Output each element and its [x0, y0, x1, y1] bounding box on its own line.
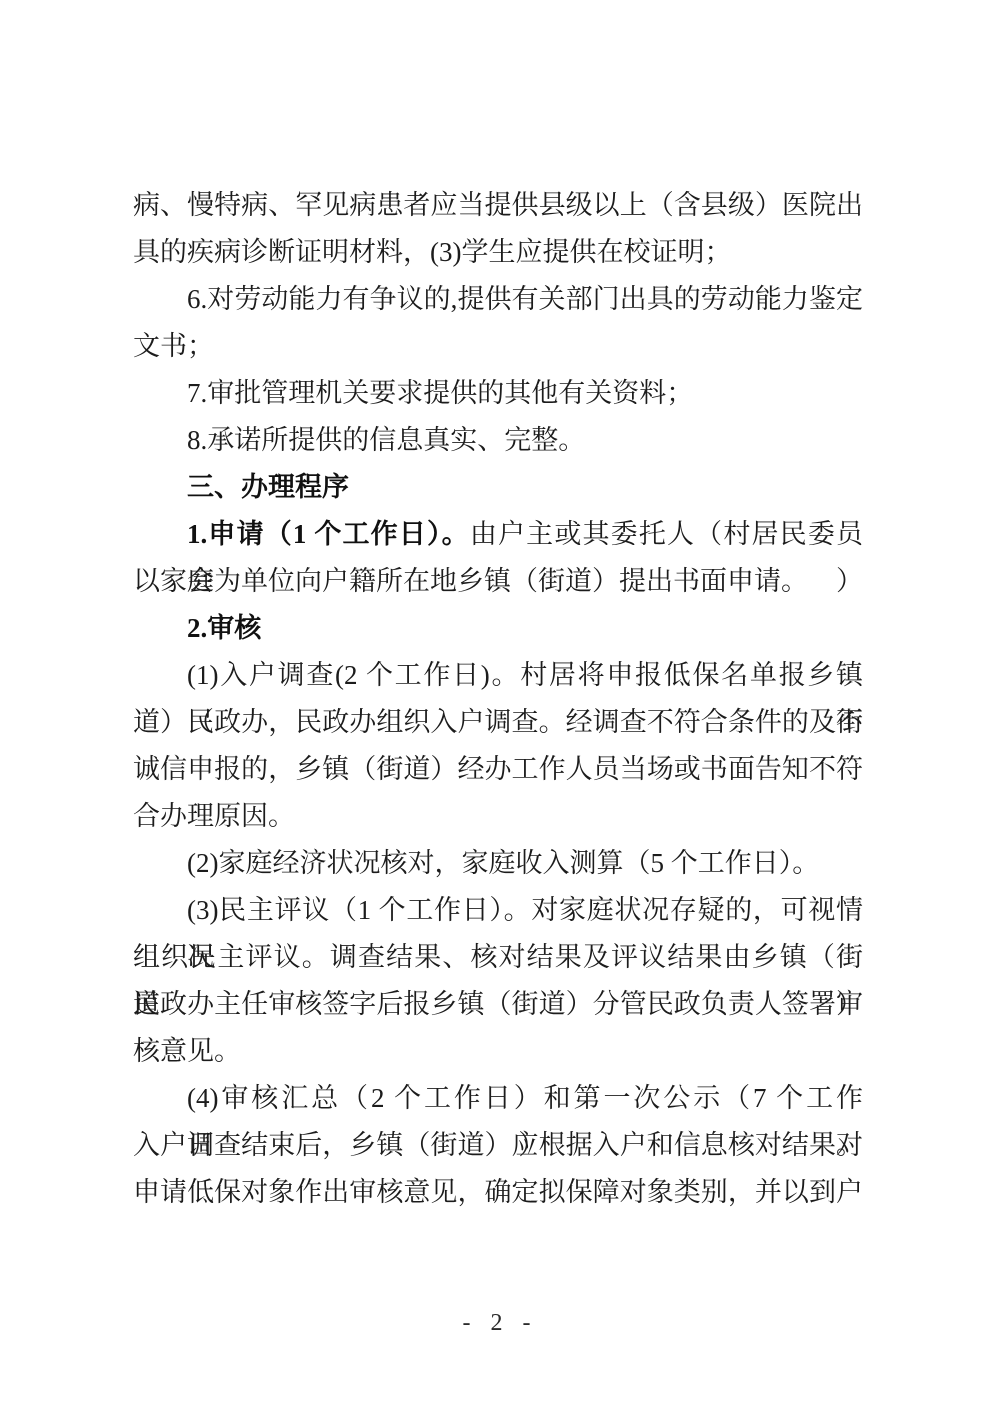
text-line: (2)家庭经济状况核对，家庭收入测算（5 个工作日）。: [133, 840, 863, 887]
text-line: 6.对劳动能力有争议的,提供有关部门出具的劳动能力鉴定: [133, 276, 863, 323]
text-line: 2.审核: [133, 605, 863, 652]
body-text-segment: 以家庭为单位向户籍所在地乡镇（街道）提出书面申请。: [133, 566, 808, 596]
body-text-segment: 核意见。: [133, 1036, 241, 1066]
body-text-segment: 民政办主任审核签字后报乡镇（街道）分管民政负责人签署审: [133, 989, 863, 1019]
document-page: 病、慢特病、罕见病患者应当提供县级以上（含县级）医院出具的疾病诊断证明材料，(3…: [0, 0, 1000, 1414]
body-text-segment: 文书；: [133, 331, 214, 361]
body-text-segment: 合办理原因。: [133, 801, 295, 831]
body-text-segment: 8.承诺所提供的信息真实、完整。: [187, 425, 585, 455]
body-text-segment: 具的疾病诊断证明材料，(3)学生应提供在校证明；: [133, 237, 731, 267]
bold-text-segment: 2.审核: [187, 613, 261, 643]
text-line: 以家庭为单位向户籍所在地乡镇（街道）提出书面申请。: [133, 558, 863, 605]
text-line: (4)审核汇总（2 个工作日）和第一次公示（7 个工作日）。: [133, 1075, 863, 1122]
body-text-segment: 病、慢特病、罕见病患者应当提供县级以上（含县级）医院出: [133, 190, 863, 220]
text-line: (3)民主评议（1 个工作日）。对家庭状况存疑的，可视情况: [133, 887, 863, 934]
text-line: 文书；: [133, 323, 863, 370]
body-text-segment: 诚信申报的，乡镇（街道）经办工作人员当场或书面告知不符: [133, 754, 863, 784]
text-line: 具的疾病诊断证明材料，(3)学生应提供在校证明；: [133, 229, 863, 276]
text-line: 民政办主任审核签字后报乡镇（街道）分管民政负责人签署审: [133, 981, 863, 1028]
body-text-segment: 6.对劳动能力有争议的,提供有关部门出具的劳动能力鉴定: [187, 284, 863, 314]
body-text-segment: 道）民政办，民政办组织入户调查。经调查不符合条件的及不: [133, 707, 863, 737]
text-line: 核意见。: [133, 1028, 863, 1075]
document-body: 病、慢特病、罕见病患者应当提供县级以上（含县级）医院出具的疾病诊断证明材料，(3…: [133, 182, 863, 1216]
body-text-segment: 入户调查结束后，乡镇（街道）应根据入户和信息核对结果对: [133, 1130, 863, 1160]
text-line: 7.审批管理机关要求提供的其他有关资料；: [133, 370, 863, 417]
text-line: 合办理原因。: [133, 793, 863, 840]
body-text-segment: 7.审批管理机关要求提供的其他有关资料；: [187, 378, 693, 408]
body-text-segment: 申请低保对象作出审核意见，确定拟保障对象类别，并以到户: [133, 1177, 863, 1207]
text-line: 申请低保对象作出审核意见，确定拟保障对象类别，并以到户: [133, 1169, 863, 1216]
text-line: 病、慢特病、罕见病患者应当提供县级以上（含县级）医院出: [133, 182, 863, 229]
text-line: 组织民主评议。调查结果、核对结果及评议结果由乡镇（街道）: [133, 934, 863, 981]
text-line: 道）民政办，民政办组织入户调查。经调查不符合条件的及不: [133, 699, 863, 746]
body-text-segment: (2)家庭经济状况核对，家庭收入测算（5 个工作日）。: [187, 848, 819, 878]
text-line: (1)入户调查(2 个工作日)。村居将申报低保名单报乡镇（街: [133, 652, 863, 699]
bold-text-segment: 三、办理程序: [187, 472, 349, 502]
page-number: - 2 -: [0, 1303, 1000, 1343]
text-line: 1.申请（1 个工作日）。由户主或其委托人（村居民委员会）: [133, 511, 863, 558]
text-line: 诚信申报的，乡镇（街道）经办工作人员当场或书面告知不符: [133, 746, 863, 793]
text-line: 三、办理程序: [133, 464, 863, 511]
text-line: 入户调查结束后，乡镇（街道）应根据入户和信息核对结果对: [133, 1122, 863, 1169]
bold-text-segment: 1.申请（1 个工作日）。: [187, 519, 470, 549]
text-line: 8.承诺所提供的信息真实、完整。: [133, 417, 863, 464]
